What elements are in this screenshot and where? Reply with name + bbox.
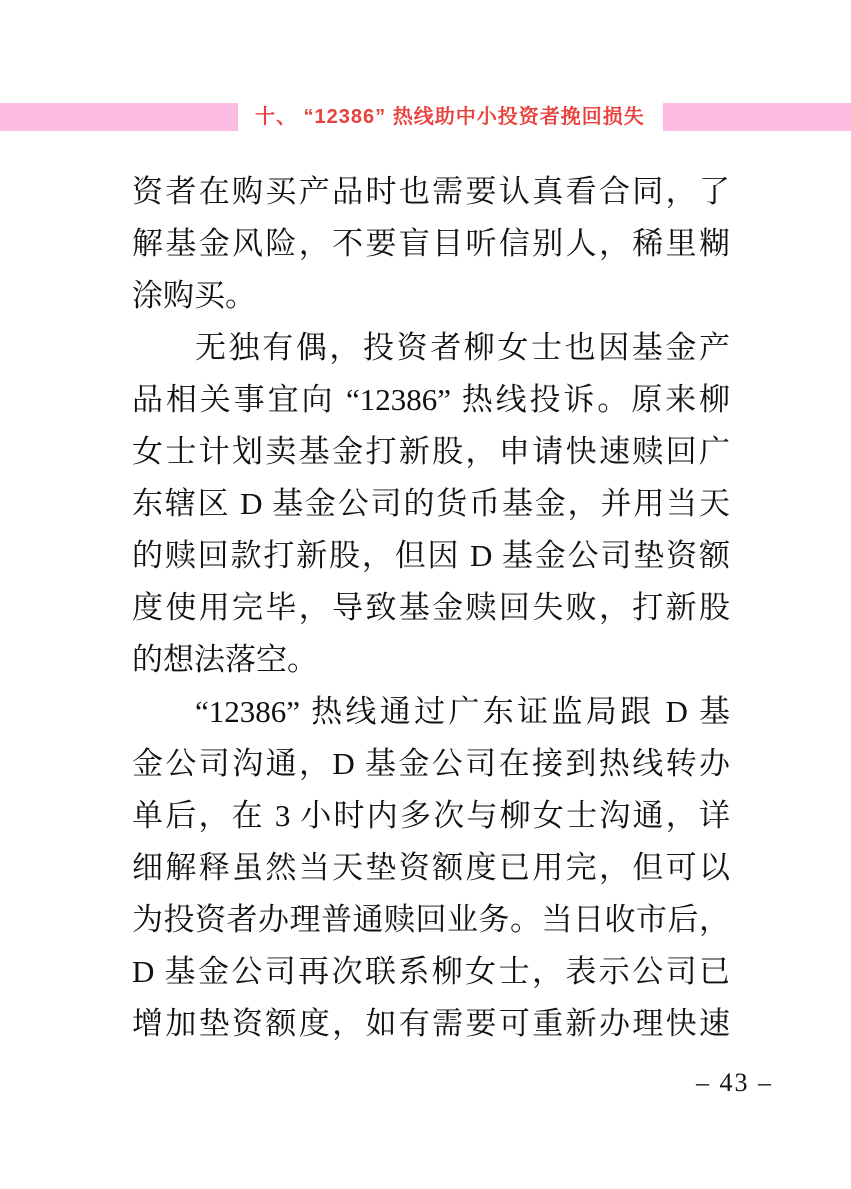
text-line: 细解释虽然当天垫资额度已用完，但可以 — [132, 842, 730, 894]
chapter-title: 十、 “12386” 热线助中小投资者挽回损失 — [238, 103, 663, 131]
text-line: 为投资者办理普通赎回业务。当日收市后， — [132, 894, 730, 946]
text-line: 资者在购买产品时也需要认真看合同，了 — [132, 166, 730, 218]
text-line: 单后，在 3 小时内多次与柳女士沟通，详 — [132, 790, 730, 842]
body-text: 资者在购买产品时也需要认真看合同，了解基金风险，不要盲目听信别人，稀里糊涂购买。… — [132, 166, 730, 1050]
text-line: 无独有偶，投资者柳女士也因基金产 — [132, 322, 730, 374]
document-page: 十、 “12386” 热线助中小投资者挽回损失 资者在购买产品时也需要认真看合同… — [0, 0, 851, 1189]
text-line: 解基金风险，不要盲目听信别人，稀里糊 — [132, 218, 730, 270]
text-line: 的想法落空。 — [132, 634, 730, 686]
page-number: – 43 – — [0, 1068, 773, 1098]
text-line: 度使用完毕，导致基金赎回失败，打新股 — [132, 582, 730, 634]
text-line: 品相关事宜向 “12386” 热线投诉。原来柳 — [132, 374, 730, 426]
text-line: D 基金公司再次联系柳女士，表示公司已 — [132, 946, 730, 998]
text-line: 金公司沟通，D 基金公司在接到热线转办 — [132, 738, 730, 790]
text-line: 增加垫资额度，如有需要可重新办理快速 — [132, 998, 730, 1050]
text-line: 的赎回款打新股，但因 D 基金公司垫资额 — [132, 530, 730, 582]
text-line: “12386” 热线通过广东证监局跟 D 基 — [132, 686, 730, 738]
text-line: 涂购买。 — [132, 270, 730, 322]
chapter-header: 十、 “12386” 热线助中小投资者挽回损失 — [0, 103, 851, 131]
text-line: 女士计划卖基金打新股，申请快速赎回广 — [132, 426, 730, 478]
header-pink-bar-left — [0, 103, 238, 131]
header-pink-bar-right — [663, 103, 851, 131]
text-line: 东辖区 D 基金公司的货币基金，并用当天 — [132, 478, 730, 530]
